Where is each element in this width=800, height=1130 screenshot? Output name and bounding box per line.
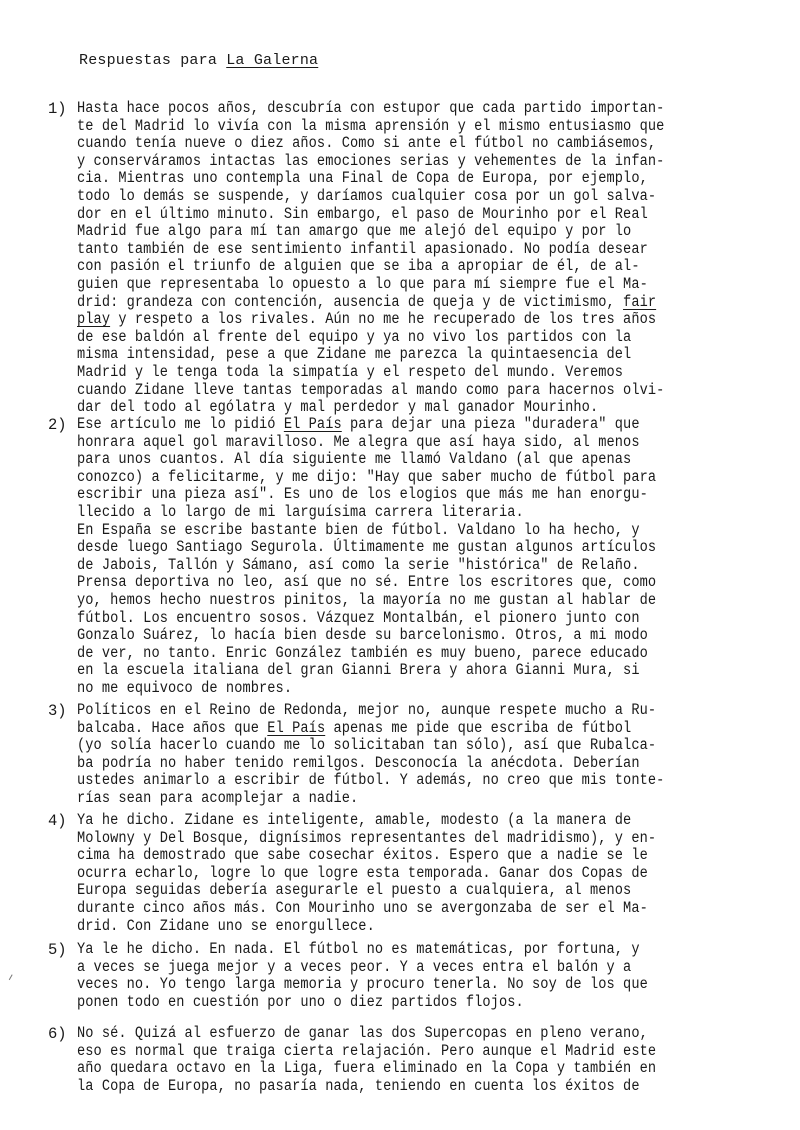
- text-line: todo lo demás se suspende, y daríamos cu…: [77, 188, 664, 206]
- text-line: rías sean para acomplejar a nadie.: [77, 790, 664, 808]
- text-line: en la escuela italiana del gran Gianni B…: [77, 662, 656, 680]
- text-line: Ya he dicho. Zidane es inteligente, amab…: [77, 812, 656, 830]
- underlined-text: El País: [284, 415, 342, 433]
- text-line: Gonzalo Suárez, lo hacía bien desde su b…: [77, 627, 656, 645]
- underlined-text: El País: [267, 719, 325, 737]
- text-line: Molowny y Del Bosque, dignísimos represe…: [77, 830, 656, 848]
- answer-number: 1): [48, 100, 67, 118]
- text-line: honrara aquel gol maravilloso. Me alegra…: [77, 434, 656, 452]
- answer-number: 4): [48, 812, 67, 830]
- text-line: Ya le he dicho. En nada. El fútbol no es…: [77, 941, 648, 959]
- text-line: balcaba. Hace años que El País apenas me…: [77, 720, 664, 738]
- text-line: conozco) a felicitarme, y me dijo: "Hay …: [77, 469, 656, 487]
- text-line: Madrid y le tenga toda la simpatía y el …: [77, 364, 664, 382]
- answer-text: Ya le he dicho. En nada. El fútbol no es…: [77, 941, 726, 1011]
- text-line: cima ha demostrado que sabe cosechar éxi…: [77, 847, 656, 865]
- text-line: Ese artículo me lo pidió El País para de…: [77, 416, 656, 434]
- text-line: (yo solía hacerlo cuando me lo solicitab…: [77, 737, 664, 755]
- answer-text: Ese artículo me lo pidió El País para de…: [77, 416, 735, 698]
- text-line: de ese baldón al frente del equipo y ya …: [77, 329, 664, 347]
- text-line: Políticos en el Reino de Redonda, mejor …: [77, 702, 664, 720]
- text-line: fútbol. Los encuentro sosos. Vázquez Mon…: [77, 610, 656, 628]
- text-line: cuando tenía nueve o diez años. Como si …: [77, 135, 664, 153]
- text-line: ocurra echarlo, logre lo que logre esta …: [77, 865, 656, 883]
- answer-text: Ya he dicho. Zidane es inteligente, amab…: [77, 812, 735, 935]
- text-line: año quedara octavo en la Liga, fuera eli…: [77, 1060, 656, 1078]
- text-line: y conserváramos intactas las emociones s…: [77, 153, 664, 171]
- answer-number: 6): [48, 1025, 67, 1043]
- text-line: cuando Zidane lleve tantas temporadas al…: [77, 382, 664, 400]
- text-line: En España se escribe bastante bien de fú…: [77, 522, 656, 540]
- text-line: Prensa deportiva no leo, así que no sé. …: [77, 574, 656, 592]
- text-line: Madrid fue algo para mí tan amargo que m…: [77, 223, 664, 241]
- answer-number: 3): [48, 702, 67, 720]
- text-line: desde luego Santiago Segurola. Últimamen…: [77, 539, 656, 557]
- text-line: no me equivoco de nombres.: [77, 680, 656, 698]
- text-line: ba podría no haber tenido remilgos. Desc…: [77, 755, 664, 773]
- underlined-text: fair: [623, 293, 656, 311]
- text-line: ustedes animarlo a escribir de fútbol. Y…: [77, 772, 664, 790]
- text-line: No sé. Quizá al esfuerzo de ganar las do…: [77, 1025, 656, 1043]
- text-line: te del Madrid lo vivía con la misma apre…: [77, 118, 664, 136]
- text-line: con pasión el triunfo de alguien que se …: [77, 258, 664, 276]
- typewritten-page: Respuestas para La Galerna 1) Hasta hace…: [0, 0, 800, 1130]
- text-line: a veces se juega mejor y a veces peor. Y…: [77, 959, 648, 977]
- title-publication-name: La Galerna: [226, 52, 318, 69]
- text-line: drid: grandeza con contención, ausencia …: [77, 294, 664, 312]
- text-line: para unos cuantos. Al día siguiente me l…: [77, 451, 656, 469]
- answer-text: No sé. Quizá al esfuerzo de ganar las do…: [77, 1025, 735, 1095]
- text-line: ponen todo en cuestión por uno o diez pa…: [77, 994, 648, 1012]
- text-line: durante cinco años más. Con Mourinho uno…: [77, 900, 656, 918]
- answer-number: 2): [48, 416, 67, 434]
- text-line: eso es normal que traiga cierta relajaci…: [77, 1043, 656, 1061]
- document-title: Respuestas para La Galerna: [79, 52, 318, 69]
- text-line: la Copa de Europa, no pasaría nada, teni…: [77, 1078, 656, 1096]
- text-line: guien que representaba lo opuesto a lo q…: [77, 276, 664, 294]
- text-line: Hasta hace pocos años, descubría con est…: [77, 100, 664, 118]
- underlined-text: play: [77, 310, 110, 328]
- answer-number: 5): [48, 941, 67, 959]
- text-line: veces no. Yo tengo larga memoria y procu…: [77, 976, 648, 994]
- text-line: escribir una pieza así". Es uno de los e…: [77, 486, 656, 504]
- text-line: drid. Con Zidane uno se enorgullece.: [77, 918, 656, 936]
- text-line: llecido a lo largo de mi larguísima carr…: [77, 504, 656, 522]
- text-line: de Jabois, Tallón y Sámano, así como la …: [77, 557, 656, 575]
- text-line: misma intensidad, pese a que Zidane me p…: [77, 346, 664, 364]
- title-prefix: Respuestas para: [79, 52, 226, 69]
- answer-text: Políticos en el Reino de Redonda, mejor …: [77, 702, 745, 808]
- text-line: de ver, no tanto. Enric González también…: [77, 645, 656, 663]
- text-line: cia. Mientras uno contempla una Final de…: [77, 170, 664, 188]
- text-line: tanto también de ese sentimiento infanti…: [77, 241, 664, 259]
- answer-text: Hasta hace pocos años, descubría con est…: [77, 100, 745, 417]
- text-line: Europa seguidas debería asegurarle el pu…: [77, 882, 656, 900]
- stray-pen-mark: [9, 974, 15, 981]
- text-line: yo, hemos hecho nuestros pinitos, la may…: [77, 592, 656, 610]
- text-line: play y respeto a los rivales. Aún no me …: [77, 311, 664, 329]
- text-line: dor en el último minuto. Sin embargo, el…: [77, 206, 664, 224]
